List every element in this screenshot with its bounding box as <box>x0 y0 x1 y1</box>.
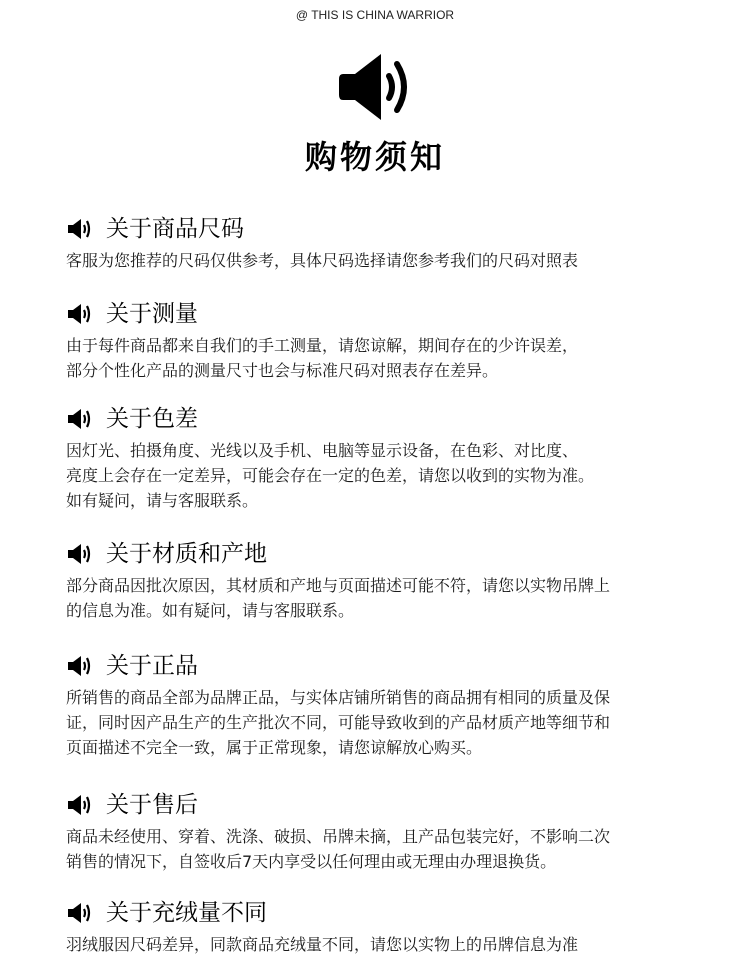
section-down-fill: 关于充绒量不同 羽绒服因尺码差异，同款商品充绒量不同，请您以实物上的吊牌信息为准 <box>66 898 706 957</box>
section-material: 关于材质和产地 部分商品因批次原因，其材质和产地与页面描述可能不符，请您以实物吊… <box>66 539 706 623</box>
body-line: 如有疑问，请与客服联系。 <box>66 488 706 513</box>
section-title: 关于充绒量不同 <box>106 898 267 928</box>
section-title: 关于商品尺码 <box>106 214 244 244</box>
brand-label: @ THIS IS CHINA WARRIOR <box>0 8 750 22</box>
section-body: 由于每件商品都来自我们的手工测量，请您谅解，期间存在的少许误差， 部分个性化产品… <box>66 333 706 383</box>
speaker-icon <box>66 655 94 677</box>
section-color: 关于色差 因灯光、拍摄角度、光线以及手机、电脑等显示设备，在色彩、对比度、 亮度… <box>66 404 706 513</box>
body-line: 客服为您推荐的尺码仅供参考，具体尺码选择请您参考我们的尺码对照表 <box>66 248 706 273</box>
speaker-icon <box>66 408 94 430</box>
section-title: 关于色差 <box>106 404 198 434</box>
body-line: 部分商品因批次原因，其材质和产地与页面描述可能不符，请您以实物吊牌上 <box>66 573 706 598</box>
speaker-icon <box>66 794 94 816</box>
body-line: 因灯光、拍摄角度、光线以及手机、电脑等显示设备，在色彩、对比度、 <box>66 438 706 463</box>
section-size: 关于商品尺码 客服为您推荐的尺码仅供参考，具体尺码选择请您参考我们的尺码对照表 <box>66 214 706 273</box>
section-measure: 关于测量 由于每件商品都来自我们的手工测量，请您谅解，期间存在的少许误差， 部分… <box>66 299 706 383</box>
section-title: 关于售后 <box>106 790 198 820</box>
section-body: 部分商品因批次原因，其材质和产地与页面描述可能不符，请您以实物吊牌上 的信息为准… <box>66 573 706 623</box>
body-line: 羽绒服因尺码差异，同款商品充绒量不同，请您以实物上的吊牌信息为准 <box>66 932 706 957</box>
body-line: 部分个性化产品的测量尺寸也会与标准尺码对照表存在差异。 <box>66 358 706 383</box>
body-line: 商品未经使用、穿着、洗涤、破损、吊牌未摘，且产品包装完好，不影响二次 <box>66 824 706 849</box>
section-body: 所销售的商品全部为品牌正品，与实体店铺所销售的商品拥有相同的质量及保 证，同时因… <box>66 685 706 760</box>
section-body: 客服为您推荐的尺码仅供参考，具体尺码选择请您参考我们的尺码对照表 <box>66 248 706 273</box>
section-body: 因灯光、拍摄角度、光线以及手机、电脑等显示设备，在色彩、对比度、 亮度上会存在一… <box>66 438 706 513</box>
body-line: 证，同时因产品生产的生产批次不同，可能导致收到的产品材质产地等细节和 <box>66 710 706 735</box>
speaker-icon <box>66 218 94 240</box>
page-title: 购物须知 <box>0 132 750 178</box>
section-title: 关于测量 <box>106 299 198 329</box>
body-line: 的信息为准。如有疑问，请与客服联系。 <box>66 598 706 623</box>
section-title: 关于正品 <box>106 651 198 681</box>
body-line: 亮度上会存在一定差异，可能会存在一定的色差，请您以收到的实物为准。 <box>66 463 706 488</box>
speaker-icon <box>66 902 94 924</box>
body-line: 由于每件商品都来自我们的手工测量，请您谅解，期间存在的少许误差， <box>66 333 706 358</box>
section-authentic: 关于正品 所销售的商品全部为品牌正品，与实体店铺所销售的商品拥有相同的质量及保 … <box>66 651 706 760</box>
body-line: 页面描述不完全一致，属于正常现象，请您谅解放心购买。 <box>66 735 706 760</box>
section-body: 羽绒服因尺码差异，同款商品充绒量不同，请您以实物上的吊牌信息为准 <box>66 932 706 957</box>
speaker-icon <box>66 303 94 325</box>
speaker-icon <box>66 543 94 565</box>
section-body: 商品未经使用、穿着、洗涤、破损、吊牌未摘，且产品包装完好，不影响二次 销售的情况… <box>66 824 706 874</box>
body-line: 所销售的商品全部为品牌正品，与实体店铺所销售的商品拥有相同的质量及保 <box>66 685 706 710</box>
speaker-icon <box>337 52 415 122</box>
section-aftersales: 关于售后 商品未经使用、穿着、洗涤、破损、吊牌未摘，且产品包装完好，不影响二次 … <box>66 790 706 874</box>
body-line: 销售的情况下，自签收后7天内享受以任何理由或无理由办理退换货。 <box>66 849 706 874</box>
section-title: 关于材质和产地 <box>106 539 267 569</box>
